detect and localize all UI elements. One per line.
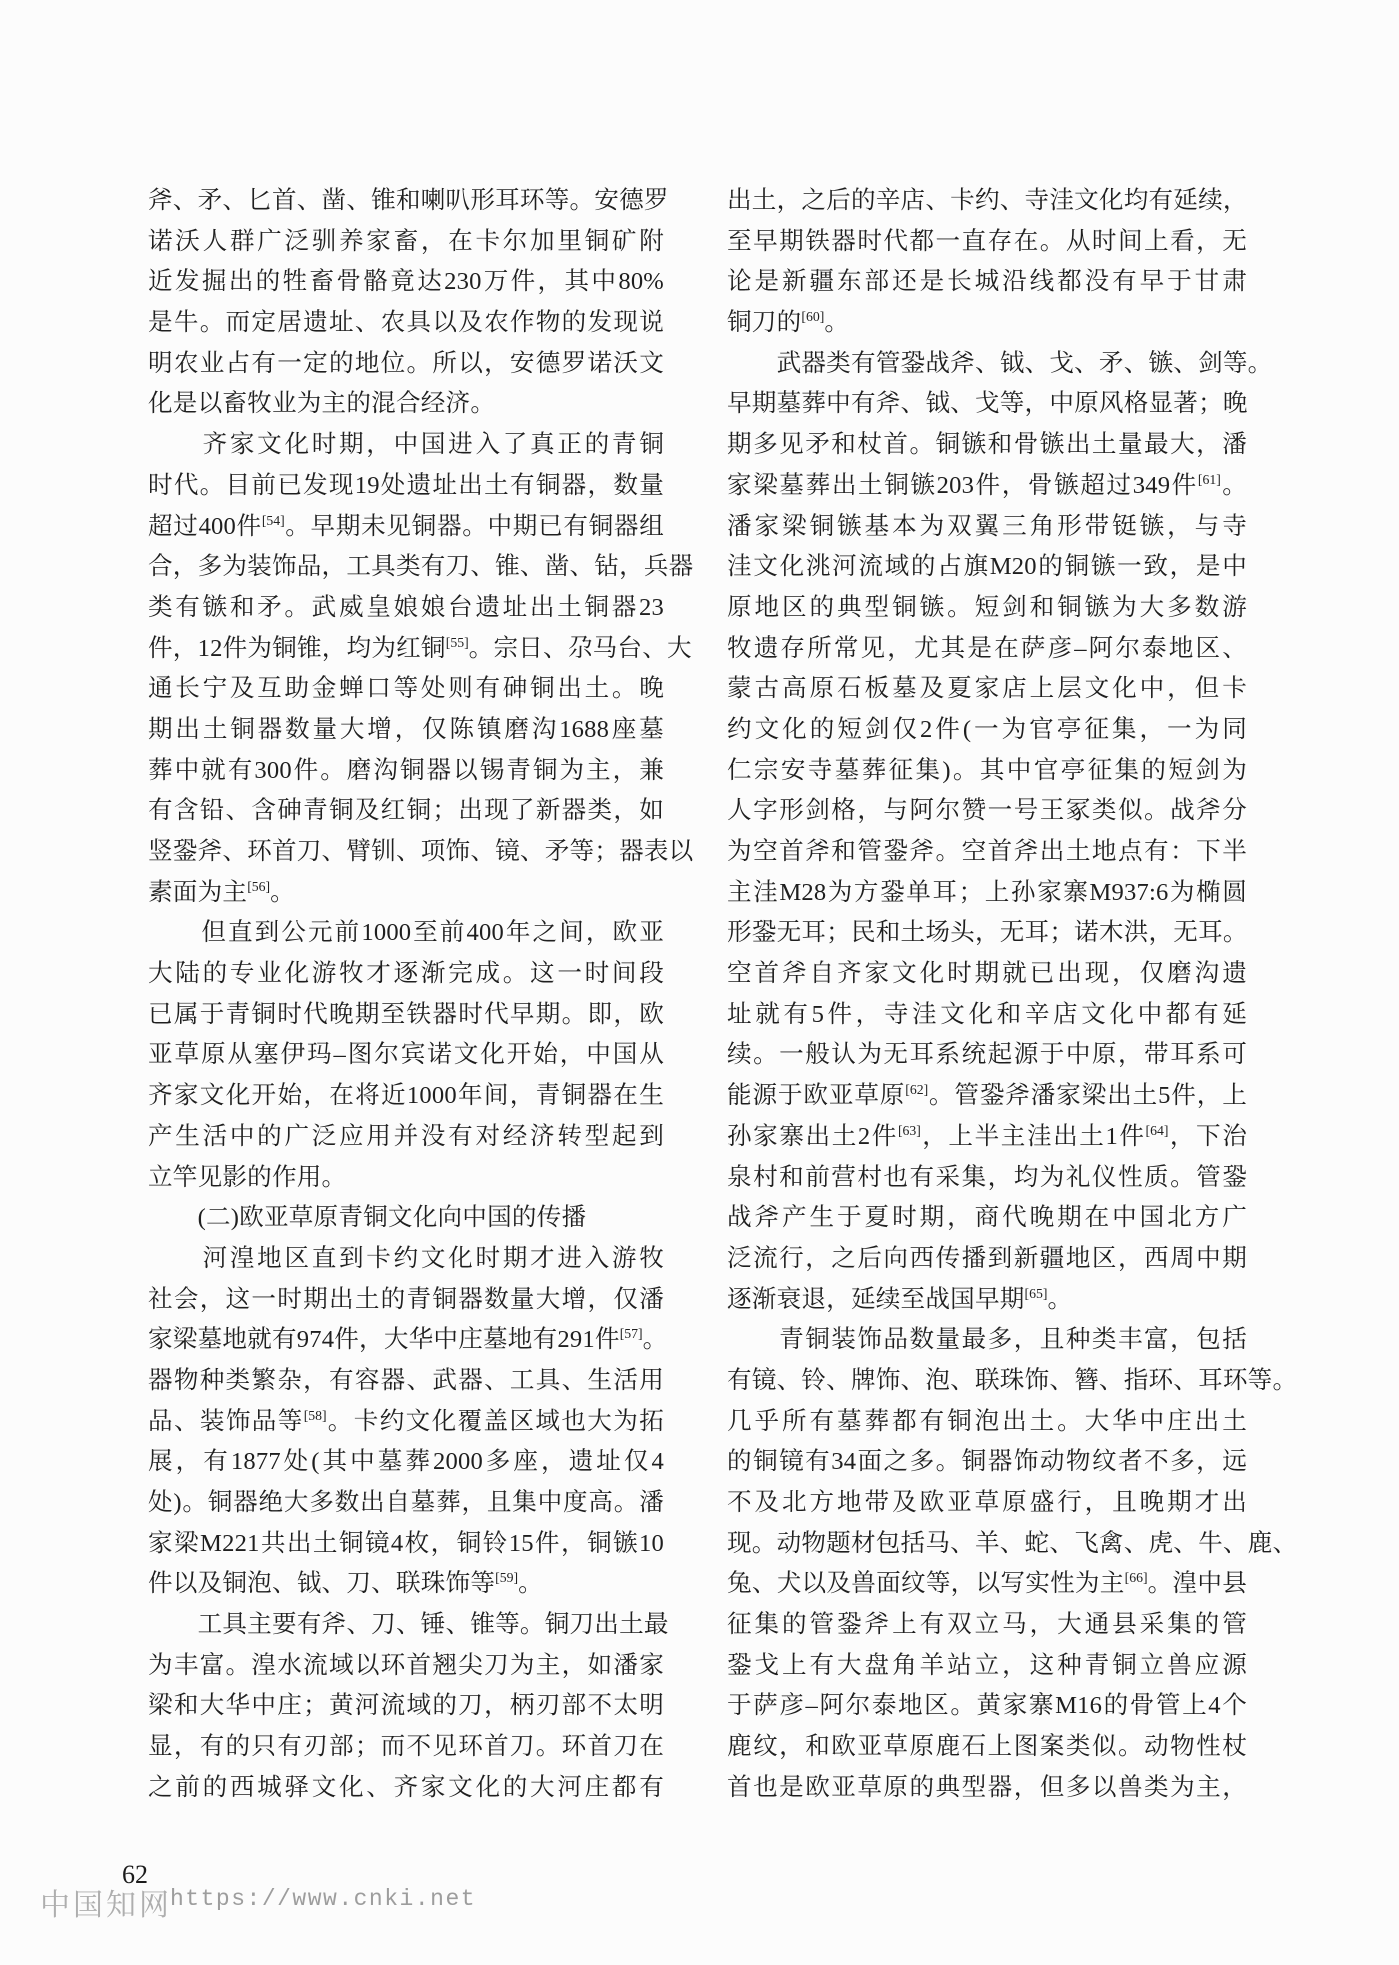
text-line: 孙家寨出土2件[63]，上半主洼出土1件[64]，下治 <box>727 1117 1247 1158</box>
text-line: 通长宁及互助金蝉口等处则有砷铜出土。晚 <box>148 669 664 710</box>
text-line: 品、装饰品等[58]。卡约文化覆盖区域也大为拓 <box>148 1402 664 1443</box>
text-line: 时代。目前已发现19处遗址出土有铜器，数量 <box>148 466 664 507</box>
cnki-watermark-url: https://www.cnki.net <box>170 1886 476 1912</box>
text-line: 仁宗安寺墓葬征集)。其中官亭征集的短剑为 <box>727 751 1247 792</box>
text-line: 泉村和前营村也有采集，均为礼仪性质。管銎 <box>727 1158 1247 1199</box>
text-line: 铜刀的[60]。 <box>727 303 1247 344</box>
text-line: 期出土铜器数量大增，仅陈镇磨沟1688座墓 <box>148 710 664 751</box>
text-line: 牧遗存所常见，尤其是在萨彦–阿尔泰地区、 <box>727 629 1247 670</box>
text-line: 蒙古高原石板墓及夏家店上层文化中，但卡 <box>727 669 1247 710</box>
text-line: 齐家文化时期，中国进入了真正的青铜 <box>148 425 664 466</box>
text-line: 期多见矛和杖首。铜镞和骨镞出土量最大，潘 <box>727 425 1247 466</box>
text-line: 鹿纹，和欧亚草原鹿石上图案类似。动物性杖 <box>727 1727 1247 1768</box>
footnote-ref: [66] <box>1125 1570 1148 1585</box>
text-line: 超过400件[54]。早期未见铜器。中期已有铜器组 <box>148 507 664 548</box>
text-line: 人字形剑格，与阿尔赞一号王冢类似。战斧分 <box>727 791 1247 832</box>
footnote-ref: [54] <box>262 512 285 527</box>
text-line: 逐渐衰退，延续至战国早期[65]。 <box>727 1280 1247 1321</box>
footnote-ref: [57] <box>620 1326 643 1341</box>
text-line: 早期墓葬中有斧、钺、戈等，中原风格显著；晚 <box>727 384 1247 425</box>
text-line: 兔、犬以及兽面纹等，以写实性为主[66]。湟中县 <box>727 1564 1247 1605</box>
footnote-ref: [61] <box>1198 472 1221 487</box>
text-line: 社会，这一时期出土的青铜器数量大增，仅潘 <box>148 1280 664 1321</box>
text-line: 处)。铜器绝大多数出自墓葬，且集中度高。潘 <box>148 1483 664 1524</box>
text-line: 銎戈上有大盘角羊站立，这种青铜立兽应源 <box>727 1646 1247 1687</box>
text-line: 泛流行，之后向西传播到新疆地区，西周中期 <box>727 1239 1247 1280</box>
text-line: 武器类有管銎战斧、钺、戈、矛、镞、剑等。 <box>727 344 1247 385</box>
text-line: 有含铅、含砷青铜及红铜；出现了新器类，如 <box>148 791 664 832</box>
text-line: (二)欧亚草原青铜文化向中国的传播 <box>148 1198 664 1239</box>
text-line: 洼文化洮河流域的占旗M20的铜镞一致，是中 <box>727 547 1247 588</box>
text-line: 斧、矛、匕首、凿、锥和喇叭形耳环等。安德罗 <box>148 181 664 222</box>
text-line: 形銎无耳；民和土场头，无耳；诺木洪，无耳。 <box>727 913 1247 954</box>
text-line: 诺沃人群广泛驯养家畜，在卡尔加里铜矿附 <box>148 222 664 263</box>
text-line: 化是以畜牧业为主的混合经济。 <box>148 384 664 425</box>
text-line: 展，有1877处(其中墓葬2000多座，遗址仅4 <box>148 1442 664 1483</box>
footnote-ref: [60] <box>801 309 824 324</box>
text-line: 潘家梁铜镞基本为双翼三角形带铤镞，与寺 <box>727 507 1247 548</box>
footnote-ref: [65] <box>1025 1285 1048 1300</box>
text-line: 竖銎斧、环首刀、臂钏、项饰、镜、矛等；器表以 <box>148 832 664 873</box>
right-text-column: 出土，之后的辛店、卡约、寺洼文化均有延续，至早期铁器时代都一直存在。从时间上看，… <box>727 181 1247 1809</box>
text-line: 于萨彦–阿尔泰地区。黄家寨M16的骨管上4个 <box>727 1686 1247 1727</box>
text-line: 近发掘出的牲畜骨骼竟达230万件，其中80% <box>148 262 664 303</box>
text-line: 素面为主[56]。 <box>148 873 664 914</box>
text-line: 青铜装饰品数量最多，且种类丰富，包括 <box>727 1320 1247 1361</box>
footnote-ref: [64] <box>1146 1123 1169 1138</box>
text-line: 葬中就有300件。磨沟铜器以锡青铜为主，兼 <box>148 751 664 792</box>
text-line: 约文化的短剑仅2件(一为官亭征集，一为同 <box>727 710 1247 751</box>
text-line: 有镜、铃、牌饰、泡、联珠饰、簪、指环、耳环等。 <box>727 1361 1247 1402</box>
text-line: 齐家文化开始，在将近1000年间，青铜器在生 <box>148 1076 664 1117</box>
footnote-ref: [59] <box>495 1570 518 1585</box>
text-line: 址就有5件，寺洼文化和辛店文化中都有延 <box>727 995 1247 1036</box>
text-line: 立竿见影的作用。 <box>148 1158 664 1199</box>
text-line: 但直到公元前1000至前400年之间，欧亚 <box>148 913 664 954</box>
footnote-ref: [55] <box>446 634 469 649</box>
text-line: 类有镞和矛。武威皇娘娘台遗址出土铜器23 <box>148 588 664 629</box>
text-line: 家梁墓地就有974件，大华中庄墓地有291件[57]。 <box>148 1320 664 1361</box>
scanned-document-page: 斧、矛、匕首、凿、锥和喇叭形耳环等。安德罗诺沃人群广泛驯养家畜，在卡尔加里铜矿附… <box>0 0 1399 1965</box>
text-line: 战斧产生于夏时期，商代晚期在中国北方广 <box>727 1198 1247 1239</box>
footnote-ref: [56] <box>247 879 270 894</box>
text-line: 空首斧自齐家文化时期就已出现，仅磨沟遗 <box>727 954 1247 995</box>
text-line: 大陆的专业化游牧才逐渐完成。这一时间段 <box>148 954 664 995</box>
text-line: 工具主要有斧、刀、锤、锥等。铜刀出土最 <box>148 1605 664 1646</box>
text-line: 为空首斧和管銎斧。空首斧出土地点有：下半 <box>727 832 1247 873</box>
footnote-ref: [62] <box>905 1082 928 1097</box>
text-line: 家梁M221共出土铜镜4枚，铜铃15件，铜镞10 <box>148 1524 664 1565</box>
text-line: 征集的管銎斧上有双立马，大通县采集的管 <box>727 1605 1247 1646</box>
text-line: 河湟地区直到卡约文化时期才进入游牧 <box>148 1239 664 1280</box>
left-text-column: 斧、矛、匕首、凿、锥和喇叭形耳环等。安德罗诺沃人群广泛驯养家畜，在卡尔加里铜矿附… <box>148 181 664 1809</box>
text-line: 件，12件为铜锥，均为红铜[55]。宗日、尕马台、大 <box>148 629 664 670</box>
text-line: 亚草原从塞伊玛–图尔宾诺文化开始，中国从 <box>148 1035 664 1076</box>
text-line: 器物种类繁杂，有容器、武器、工具、生活用 <box>148 1361 664 1402</box>
text-line: 是牛。而定居遗址、农具以及农作物的发现说 <box>148 303 664 344</box>
text-line: 现。动物题材包括马、羊、蛇、飞禽、虎、牛、鹿、 <box>727 1524 1247 1565</box>
text-line: 为丰富。湟水流域以环首翘尖刀为主，如潘家 <box>148 1646 664 1687</box>
text-line: 件以及铜泡、钺、刀、联珠饰等[59]。 <box>148 1564 664 1605</box>
text-line: 产生活中的广泛应用并没有对经济转型起到 <box>148 1117 664 1158</box>
cnki-watermark-text: 中国知网 <box>40 1880 172 1924</box>
text-line: 能源于欧亚草原[62]。管銎斧潘家梁出土5件，上 <box>727 1076 1247 1117</box>
text-line: 主洼M28为方銎单耳；上孙家寨M937:6为椭圆 <box>727 873 1247 914</box>
text-line: 的铜镜有34面之多。铜器饰动物纹者不多，远 <box>727 1442 1247 1483</box>
text-line: 梁和大华中庄；黄河流域的刀，柄刃部不太明 <box>148 1686 664 1727</box>
text-line: 显，有的只有刃部；而不见环首刀。环首刀在 <box>148 1727 664 1768</box>
text-line: 之前的西城驿文化、齐家文化的大河庄都有 <box>148 1768 664 1809</box>
text-line: 至早期铁器时代都一直存在。从时间上看，无 <box>727 222 1247 263</box>
text-line: 原地区的典型铜镞。短剑和铜镞为大多数游 <box>727 588 1247 629</box>
text-line: 首也是欧亚草原的典型器，但多以兽类为主， <box>727 1768 1247 1809</box>
text-line: 不及北方地带及欧亚草原盛行，且晚期才出 <box>727 1483 1247 1524</box>
footnote-ref: [58] <box>304 1407 327 1422</box>
text-line: 合，多为装饰品，工具类有刀、锥、凿、钻，兵器 <box>148 547 664 588</box>
text-line: 出土，之后的辛店、卡约、寺洼文化均有延续， <box>727 181 1247 222</box>
footnote-ref: [63] <box>898 1123 921 1138</box>
text-line: 已属于青铜时代晚期至铁器时代早期。即，欧 <box>148 995 664 1036</box>
text-line: 续。一般认为无耳系统起源于中原，带耳系可 <box>727 1035 1247 1076</box>
text-line: 家梁墓葬出土铜镞203件，骨镞超过349件[61]。 <box>727 466 1247 507</box>
text-line: 论是新疆东部还是长城沿线都没有早于甘肃 <box>727 262 1247 303</box>
text-line: 明农业占有一定的地位。所以，安德罗诺沃文 <box>148 344 664 385</box>
text-line: 几乎所有墓葬都有铜泡出土。大华中庄出土 <box>727 1402 1247 1443</box>
